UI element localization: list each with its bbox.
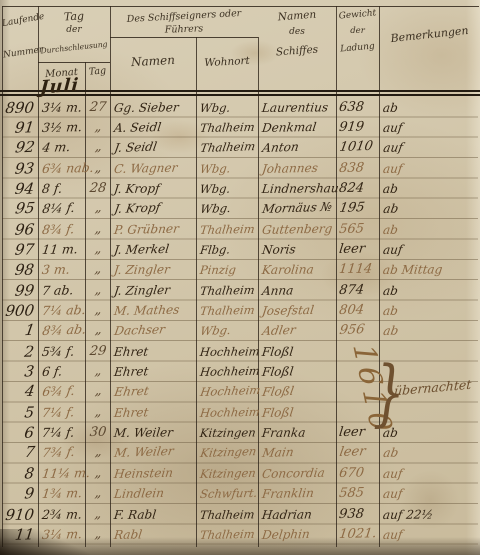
ledger-row: 936¾ nab.„C. WagnerWbg.Johannes838auf	[0, 159, 480, 179]
column-header-wohnort: Wohnort	[196, 54, 259, 69]
cell-day: 27	[86, 98, 110, 116]
cell-nr: 5	[0, 403, 35, 422]
cell-wohnort: Schwfurt.	[199, 484, 258, 503]
cell-gewicht: 1114	[338, 261, 379, 279]
cell-nr: 900	[0, 301, 35, 320]
cell-gewicht: 1010	[338, 138, 380, 157]
cell-nr: 92	[0, 138, 36, 157]
cell-wohnort: Wbg.	[199, 179, 258, 198]
cell-name: J. Seidl	[113, 136, 197, 157]
cell-schiff: Main	[261, 442, 337, 463]
cell-bemerk: auf	[382, 239, 479, 259]
ledger-row: 968¾ f.„P. GrübnerThalheimGuttenberg565a…	[0, 220, 480, 240]
cell-time: 8 f.	[41, 179, 86, 197]
cell-nr: 9	[0, 484, 35, 503]
cell-name: Heinstein	[113, 463, 196, 483]
cell-gewicht: 565	[338, 220, 379, 239]
cell-bemerk: auf	[382, 158, 479, 178]
cell-nr: 96	[0, 220, 35, 239]
cell-wohnort: Wbg.	[199, 198, 259, 218]
cell-time: 6 f.	[41, 362, 86, 381]
cell-time: 3½ m.	[41, 118, 86, 137]
cell-day: „	[86, 261, 110, 279]
column-header-gewicht: Gewicht	[336, 8, 380, 22]
cell-nr: 3	[0, 362, 35, 381]
cell-nr: 98	[0, 261, 35, 279]
cell-day: „	[86, 363, 110, 381]
cell-day: „	[86, 138, 111, 157]
ledger-row: 8903¼ m.27Gg. SieberWbg.Laurentius638ab	[0, 98, 480, 118]
cell-gewicht: 804	[338, 301, 379, 320]
cell-time: 7¼ ab.	[41, 301, 86, 320]
cell-gewicht: 956	[338, 321, 380, 340]
ledger-row: 18¾ ab.„DachserWbg.Adler956ab	[0, 321, 480, 341]
cell-bemerk: ab	[382, 98, 479, 117]
cell-time: 6¾ nab.	[41, 159, 86, 178]
cell-time: 2¾ m.	[41, 505, 86, 523]
ledger-row: 948 f.28J. KropfWbg.Lindnershau824ab	[0, 179, 480, 199]
cell-gewicht: 938	[338, 505, 379, 523]
cell-wohnort: Pinzig	[199, 261, 258, 280]
cell-day: 29	[86, 342, 110, 360]
cell-schiff: Noris	[261, 239, 336, 259]
cell-nr: 93	[0, 159, 35, 178]
cell-name: C. Wagner	[113, 158, 196, 178]
cell-name: Ehret	[113, 402, 196, 422]
cell-wohnort: Hochheim	[199, 403, 258, 422]
cell-wohnort: Kitzingen	[199, 442, 259, 462]
cell-schiff: Mornäus №	[261, 198, 337, 219]
ledger-row: 9102¾ m.„F. RablThalheimHadrian938auf 22…	[0, 505, 480, 525]
cell-schiff: Franklin	[261, 484, 336, 504]
ledger-row: 36 f.„EhretHochheimFloßl	[0, 362, 480, 382]
cell-name: M. Mathes	[113, 300, 196, 320]
column-header-bemerkungen: Bemerkungen	[379, 23, 480, 46]
cell-schiff: Guttenberg	[261, 219, 336, 239]
cell-bemerk: auf	[382, 483, 479, 503]
cell-schiff: Floßl	[261, 362, 336, 382]
column-header-tag: Tag	[38, 8, 111, 25]
cell-name: Gg. Sieber	[113, 98, 196, 117]
cell-bemerk: ab	[382, 197, 480, 218]
cell-bemerk: auf	[382, 136, 480, 157]
ledger-row: 913½ m.„A. SeidlThalheimDenkmal919auf	[0, 118, 480, 138]
cell-day: „	[86, 485, 110, 503]
column-header-ladung: Ladung	[336, 41, 380, 55]
cell-name: J. Kropf	[113, 179, 196, 198]
cell-nr: 1	[0, 321, 36, 340]
cell-time: 4 m.	[41, 138, 87, 157]
cell-time: 6¾ f.	[41, 382, 87, 401]
cell-day: „	[86, 322, 111, 341]
cell-schiff: Johannes	[261, 158, 336, 178]
cell-day: „	[86, 220, 110, 238]
ledger-row: 67¼ f.30M. WeilerKitzingenFrankaleerab	[0, 423, 480, 443]
cell-gewicht: 1021.	[338, 525, 379, 544]
cell-nr: 97	[0, 240, 35, 259]
cell-wohnort: Wbg.	[199, 320, 259, 340]
cell-wohnort: Wbg.	[199, 98, 258, 117]
cell-gewicht: 824	[338, 179, 379, 197]
cell-schiff: Delphin	[261, 524, 336, 544]
cell-wohnort: Thalheim	[199, 118, 258, 137]
cell-gewicht: 638	[338, 98, 379, 116]
cell-nr: 95	[0, 199, 36, 218]
cell-name: J. Merkel	[113, 239, 196, 259]
cell-name: Rabl	[113, 524, 196, 544]
cell-day: „	[86, 118, 110, 136]
cell-gewicht: leer	[338, 443, 380, 462]
cell-bemerk: auf	[382, 463, 479, 483]
cell-time: 11¼ m.	[41, 464, 86, 483]
cell-name: Dachser	[113, 320, 197, 341]
cell-day: „	[86, 281, 110, 299]
cell-name: P. Grübner	[113, 219, 196, 239]
cell-day: „	[86, 199, 111, 218]
cell-nr: 8	[0, 464, 35, 483]
cell-day: „	[86, 159, 110, 177]
cell-schiff: Hadrian	[261, 505, 336, 524]
cell-nr: 4	[0, 382, 36, 401]
cell-nr: 11	[0, 525, 35, 544]
column-header-schiffes: Schiffes	[258, 42, 337, 59]
column-header-durchschleusung: Durchschleusung	[36, 39, 113, 56]
cell-schiff: Anton	[261, 137, 337, 158]
cell-schiff: Concordia	[261, 463, 336, 483]
cell-schiff: Lindnershau	[261, 179, 336, 198]
cell-time: 11 m.	[41, 240, 86, 259]
cell-day: „	[86, 505, 110, 523]
cell-wohnort: Hochheim	[199, 362, 258, 381]
column-header-schiff-des: des	[258, 27, 336, 37]
cell-gewicht: 919	[338, 118, 379, 137]
ledger-row: 9007¼ ab.„M. MathesThalheimJosefstal804a…	[0, 301, 480, 321]
cell-time: 1¾ m.	[41, 484, 86, 503]
cell-name: F. Rabl	[113, 505, 196, 524]
cell-bemerk: ab	[382, 319, 480, 340]
cell-nr: 94	[0, 180, 35, 198]
cell-time: 3 m.	[41, 261, 86, 279]
ledger-row: 958¼ f.„J. KropfWbg.Mornäus №195ab	[0, 199, 480, 219]
cell-time: 8¾ ab.	[41, 321, 87, 340]
cell-schiff: Laurentius	[261, 98, 336, 117]
cell-bemerk	[382, 342, 477, 343]
cell-schiff: Karolina	[261, 261, 336, 280]
cell-wohnort: Flbg.	[199, 240, 258, 259]
cell-schiff: Floßl	[261, 381, 337, 402]
cell-day: 30	[86, 424, 110, 442]
cell-name: M. Weiler	[113, 442, 197, 463]
table-rule	[38, 62, 110, 63]
month-label: Juli	[39, 75, 80, 99]
cell-day: „	[86, 302, 110, 320]
column-header-namen: Namen	[110, 52, 197, 70]
cell-time: 3¼ m.	[41, 98, 86, 116]
cell-bemerk: auf	[382, 117, 479, 137]
cell-gewicht: 874	[338, 281, 379, 300]
column-header-gewicht-der: der	[336, 26, 379, 36]
cell-wohnort: Thalheim	[199, 219, 258, 238]
cell-day: „	[86, 525, 110, 543]
ledger-row: 997 ab.„J. ZinglerThalheimAnna874ab	[0, 281, 480, 301]
cell-time: 7¼ f.	[41, 403, 86, 422]
cell-nr: 91	[0, 118, 35, 137]
cell-schiff: Floßl	[261, 402, 336, 422]
column-header-schiff-namen: Namen	[258, 7, 337, 24]
column-header-laufende: Laufende	[1, 13, 38, 29]
cell-gewicht: 838	[338, 159, 379, 178]
ledger-page: Laufende Nummer Tag der Durchschleusung …	[0, 0, 480, 555]
cell-bemerk: ab	[382, 219, 479, 239]
cell-name: Ehret	[113, 342, 196, 361]
cell-name: J. Zingler	[113, 260, 196, 279]
cell-time: 7¾ f.	[41, 443, 87, 462]
ledger-row: 811¼ m.„HeinsteinKitzingenConcordia670au…	[0, 464, 480, 484]
column-header-tag-sub: Tag	[85, 65, 111, 78]
cell-name: J. Kropf	[113, 197, 197, 218]
cell-schiff: Anna	[261, 280, 336, 300]
cell-schiff: Adler	[261, 320, 337, 341]
cell-bemerk: auf 22½	[382, 505, 479, 524]
cell-wohnort: Kitzingen	[199, 423, 258, 442]
cell-gewicht: 195	[338, 199, 380, 218]
ledger-row: 924 m.„J. SeidlThalheimAnton1010auf	[0, 138, 480, 158]
cell-schiff: Floßl	[261, 342, 336, 361]
cell-name: M. Weiler	[113, 423, 196, 442]
cell-bemerk: ab Mittag	[382, 260, 479, 279]
ledger-row: 91¾ m.„LindleinSchwfurt.Franklin585auf	[0, 484, 480, 504]
cell-day: „	[86, 403, 110, 421]
cell-time: 7 ab.	[41, 281, 86, 300]
cell-day: 28	[86, 180, 110, 198]
cell-gewicht: leer	[338, 240, 379, 259]
ledger-row: 57¼ f.„EhretHochheimFloßl	[0, 403, 480, 423]
cell-time: 8¼ f.	[41, 199, 87, 218]
cell-bemerk: ab	[382, 280, 479, 300]
cell-time: 3¼ m.	[41, 525, 86, 544]
cell-gewicht: 670	[338, 464, 379, 483]
cell-nr: 7	[0, 443, 36, 462]
column-header-nummer: Nummer	[2, 46, 39, 61]
cell-name: Lindlein	[113, 483, 196, 503]
ledger-row: 113¼ m.„RablThalheimDelphin1021.auf	[0, 525, 480, 545]
ledger-row: 77¾ f.„M. WeilerKitzingenMainleerab	[0, 443, 480, 463]
cell-bemerk: ab	[382, 441, 480, 462]
ledger-row: 25¾ f.29EhretHochheimFloßl	[0, 342, 480, 362]
ledger-row: 9711 m.„J. MerkelFlbg.Norisleerauf	[0, 240, 480, 260]
cell-time: 5¾ f.	[41, 342, 86, 360]
cell-day: „	[86, 464, 110, 482]
cell-wohnort: Thalheim	[199, 280, 258, 299]
cell-name: Ehret	[113, 381, 197, 402]
cell-nr: 890	[0, 98, 35, 116]
cell-gewicht: 585	[338, 484, 379, 503]
column-header-der: der	[38, 25, 110, 35]
cell-time: 8¾ f.	[41, 220, 86, 239]
cell-nr: 2	[0, 342, 35, 360]
cell-nr: 6	[0, 424, 35, 442]
cell-bemerk: ab	[382, 300, 479, 320]
cell-day: „	[86, 240, 110, 258]
cell-day: „	[86, 444, 111, 463]
cell-time: 7¼ f.	[41, 424, 86, 442]
cell-wohnort: Hochheim	[199, 381, 259, 401]
cell-nr: 910	[0, 505, 35, 523]
cell-wohnort: Wbg.	[199, 158, 258, 177]
cell-bemerk: auf	[382, 524, 479, 544]
cell-wohnort: Thalheim	[199, 525, 258, 544]
cell-schiff: Denkmal	[261, 117, 336, 137]
cell-wohnort: Thalheim	[199, 505, 258, 524]
cell-name: Ehret	[113, 361, 196, 381]
cell-day: „	[86, 383, 111, 402]
cell-name: J. Zingler	[113, 280, 196, 300]
cell-nr: 99	[0, 281, 35, 300]
cell-wohnort: Kitzingen	[199, 464, 258, 483]
cell-schiff: Franka	[261, 423, 336, 442]
cell-bemerk: ab	[382, 179, 479, 198]
cell-wohnort: Thalheim	[199, 137, 259, 157]
ledger-row: 983 m.„J. ZinglerPinzigKarolina1114ab Mi…	[0, 260, 480, 280]
cell-wohnort: Thalheim	[199, 301, 258, 320]
cell-schiff: Josefstal	[261, 300, 336, 320]
cell-name: A. Seidl	[113, 117, 196, 137]
table-rule	[110, 37, 258, 38]
cell-wohnort: Hochheim	[199, 342, 258, 361]
